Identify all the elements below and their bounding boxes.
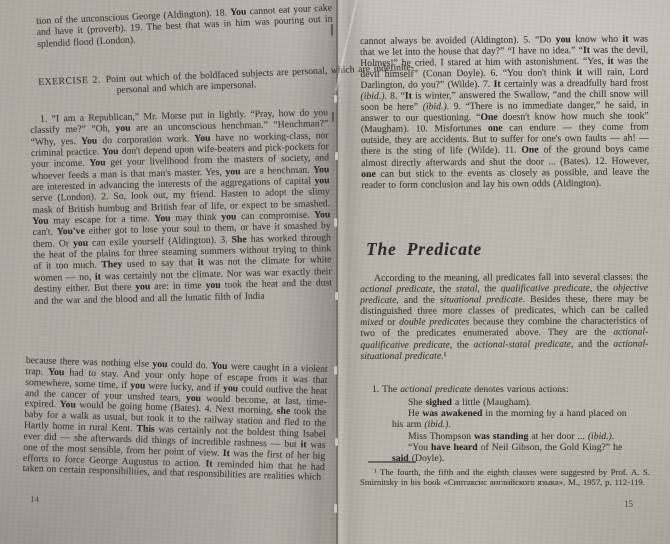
binding-stitch	[334, 218, 337, 227]
page-14-continuation-paragraph: tion of the unconscious George (Aldingto…	[36, 3, 333, 50]
binding-stitch	[335, 438, 338, 446]
example-sentences: She sighed a little (Maugham). He was aw…	[392, 397, 632, 464]
example-sentence: She sighed a little (Maugham).	[392, 397, 632, 408]
predicate-intro-paragraph: According to the meaning, all predicates…	[360, 271, 648, 361]
footnote-text: ¹ The fourth, the fifth and the eighth c…	[360, 467, 650, 487]
exercise-2-sentences-part-2: because there was nothing else you could…	[22, 356, 327, 484]
exercise-2-sentences-part-1: 1. “I am a Republican,” Mr. Morse put in…	[30, 107, 332, 307]
page-15-continuation-paragraph: cannot always be avoided (Aldington). 5.…	[360, 33, 649, 190]
exercise-2-block: EXERCISE 2.Point out which of the boldfa…	[38, 62, 415, 100]
binding-stitch	[334, 95, 337, 103]
binding-stitch	[332, 112, 334, 122]
footnote-rule	[368, 461, 416, 463]
binding-stitch	[334, 366, 337, 375]
example-sentence: “You have heard of Neil Gibson, the Gold…	[392, 442, 632, 464]
section-heading-the-predicate: The Predicate	[366, 239, 482, 260]
exercise-2-label: EXERCISE 2.	[38, 74, 101, 88]
example-sentence: He was awakened in the morning by a hand…	[392, 408, 632, 430]
actional-predicate-item: 1. The actional predicate denotes variou…	[360, 384, 648, 395]
binding-stitch	[331, 24, 333, 36]
example-sentence: Miss Thompson was standing at her door .…	[392, 431, 632, 442]
page-number-15: 15	[624, 499, 633, 509]
page-number-14: 14	[30, 494, 39, 504]
book-photo: tion of the unconscious George (Aldingto…	[0, 0, 670, 544]
binding-stitch	[335, 152, 338, 160]
binding-stitch	[335, 292, 338, 300]
binding-stitch	[334, 504, 337, 513]
